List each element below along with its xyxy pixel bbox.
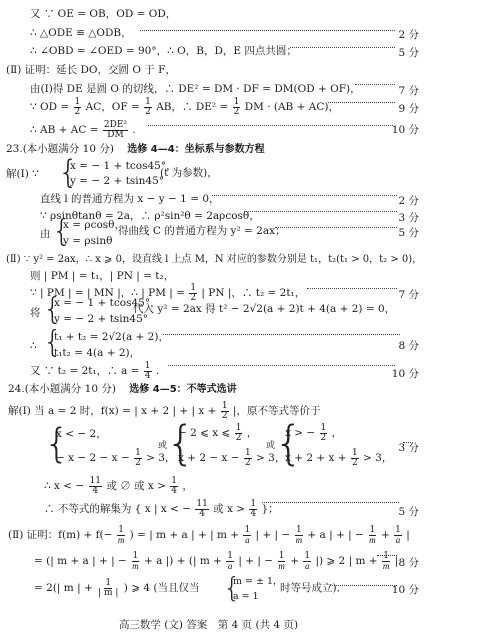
parameter-note: (t 为参数)， xyxy=(160,167,218,180)
score-leader-dots xyxy=(275,227,397,228)
score-label: 10 分 xyxy=(392,122,419,137)
fraction: 12 xyxy=(189,284,197,303)
proof-line: 将 xyxy=(30,307,41,320)
score-leader-dots xyxy=(140,30,395,31)
score-label: 3 分 xyxy=(398,210,419,225)
proof-line: ∴ 不等式的解集为 { x | x < − 114 或 x > 14 }； xyxy=(44,497,279,521)
score-label: 2 分 xyxy=(398,27,419,42)
fraction: 14 xyxy=(144,362,152,381)
fraction: 12 xyxy=(351,449,359,468)
score-label: 3 分 xyxy=(398,440,419,455)
proof-line: (Ⅱ) 证明：f(m) + f(− 1m ) = | m + a | + | m… xyxy=(8,523,410,547)
text: . xyxy=(156,365,159,377)
fraction: 12 xyxy=(74,98,82,117)
proof-line: ∴ AB + AC = 2DE²DM . xyxy=(30,118,136,142)
text: ∵ OD = xyxy=(30,101,69,113)
system-row: x + 2 + x + 12 > 3， xyxy=(285,447,392,469)
score-label: 8 分 xyxy=(398,338,419,353)
proof-line: 解(Ⅰ) ∵ xyxy=(6,168,39,181)
fraction: 1m xyxy=(295,526,304,545)
text: | PN |，∴ t₂ = 2t₁， xyxy=(201,287,305,299)
text: ∴ AB + AC = xyxy=(30,124,99,136)
fraction: 1m xyxy=(368,526,377,545)
fraction: 1a xyxy=(303,552,311,571)
question-number: 24.(本小题满分 10 分) xyxy=(8,383,116,395)
score-label: 9 分 xyxy=(398,101,419,116)
system-row: x = ρcosθ， xyxy=(63,219,125,232)
score-leader-dots xyxy=(355,84,395,85)
system-row: t₁ + t₂ = 2√2(a + 2)， xyxy=(54,331,169,344)
system-row: y = − 2 + tsin45° xyxy=(70,175,164,188)
system-row: − 2 ⩽ x ⩽ 12 ， xyxy=(178,422,257,444)
score-leader-dots xyxy=(163,334,400,335)
score-label: 8 分 xyxy=(398,555,419,570)
fraction: 14 xyxy=(249,500,257,519)
text: 又 ∵ t₂ = 2t₁，∴ a = xyxy=(30,365,139,377)
fraction: 12 xyxy=(233,98,241,117)
proof-line: 又 ∵ t₂ = 2t₁，∴ a = 14 . xyxy=(30,359,159,383)
fraction: 2DE²DM xyxy=(103,121,128,140)
part-ii-heading: (Ⅱ) 证明：延长 DO，交圆 O 于 F， xyxy=(6,64,176,77)
fraction: 12 xyxy=(235,424,243,443)
question-topic: 选修 4—5：不等式选讲 xyxy=(129,384,236,395)
fraction: 1m xyxy=(117,526,126,545)
score-leader-dots xyxy=(290,47,395,48)
score-label: 5 分 xyxy=(398,225,419,240)
proof-line: 由 xyxy=(40,228,51,241)
system-row: a = 1 xyxy=(233,590,259,603)
fraction: 1a xyxy=(226,552,234,571)
score-leader-dots xyxy=(212,195,397,196)
proof-line: ∵ OD = 12 AC，OF = 12 AB，∴ DE² = 12 DM · … xyxy=(30,96,339,118)
proof-line: 又 ∵ OE = OB，OD = OD， xyxy=(30,8,176,21)
proof-line: ∴ ∠OBD = ∠OED = 90°，∴ O，B，D，E 四点共圆； xyxy=(30,45,297,58)
system-row: x > − 12 ， xyxy=(285,422,342,444)
proof-line: ∴ xyxy=(30,340,37,353)
question-24-heading: 24.(本小题满分 10 分) 选修 4—5：不等式选讲 xyxy=(8,383,237,396)
proof-line: = (| m + a | + | − 1m + a |) + (| m + 1a… xyxy=(34,549,398,573)
score-label: 10 分 xyxy=(392,366,419,381)
score-label: 7 分 xyxy=(398,83,419,98)
text: AB，∴ DE² = xyxy=(156,101,228,113)
fraction: 114 xyxy=(89,477,102,496)
fraction: 1| m | xyxy=(97,579,119,598)
score-leader-dots xyxy=(148,125,393,126)
text: . xyxy=(132,124,135,136)
fraction: 114 xyxy=(195,500,208,519)
proof-line: ∴ △ODE ≌ △ODB， xyxy=(30,27,132,40)
fraction: 12 xyxy=(134,449,142,468)
proof-line: 由(Ⅰ)得 DE 是圆 O 的切线，∴ DE² = DM · DF = DM(O… xyxy=(30,83,361,96)
fraction: 14 xyxy=(170,477,178,496)
fraction: 1a xyxy=(394,526,402,545)
question-23-heading: 23.(本小题满分 10 分) 选修 4—4：坐标系与参数方程 xyxy=(6,143,265,156)
proof-line: 直线 l 的普通方程为 x − y − 1 = 0， xyxy=(40,193,220,206)
score-leader-dots xyxy=(168,365,395,366)
part-ii-heading: (Ⅱ) ∵ y² = 2ax，∴ x ⩾ 0，设直线 l 上点 M，N 对应的参… xyxy=(6,253,422,266)
fraction: 1m xyxy=(131,552,140,571)
proof-line: 代入 y² = 2ax 得 t² − 2√2(a + 2)t + 4(a + 2… xyxy=(133,303,395,316)
page-footer: 高三数学 (文) 答案 第 4 页 (共 4 页) xyxy=(0,617,477,632)
proof-line: 时等号成立)． xyxy=(280,582,347,595)
question-topic: 选修 4—4：坐标系与参数方程 xyxy=(127,144,264,155)
score-leader-dots xyxy=(330,585,397,586)
text: AC，OF = xyxy=(86,101,140,113)
fraction: 12 xyxy=(244,449,252,468)
fraction: 1m xyxy=(277,552,286,571)
text: DM · (AB + AC)， xyxy=(245,101,339,113)
score-leader-dots xyxy=(244,211,397,212)
fraction: 12 xyxy=(144,98,152,117)
system-row: m = ± 1， xyxy=(233,575,283,588)
score-label: 5 分 xyxy=(398,45,419,60)
score-label: 2 分 xyxy=(398,193,419,208)
proof-line: ∴ x < − 114 或 ∅ 或 x > 14 ， xyxy=(44,474,193,498)
score-leader-dots xyxy=(262,502,399,503)
score-label: 10 分 xyxy=(392,582,419,597)
score-leader-dots xyxy=(377,555,397,556)
fraction: 12 xyxy=(221,402,229,421)
score-leader-dots xyxy=(307,288,397,289)
proof-line: = 2(| m | + 1| m | ) ⩾ 4 (当且仅当 xyxy=(34,576,199,600)
fraction: 12 xyxy=(320,424,328,443)
proof-line: 得曲线 C 的普通方程为 y² = 2ax； xyxy=(118,225,286,238)
score-label: 5 分 xyxy=(398,504,419,519)
fraction: 1a xyxy=(243,526,251,545)
system-row: y = ρsinθ xyxy=(63,235,112,248)
score-label: 7 分 xyxy=(398,287,419,302)
system-row: x < − 2， xyxy=(56,428,107,441)
score-leader-dots xyxy=(328,102,395,103)
